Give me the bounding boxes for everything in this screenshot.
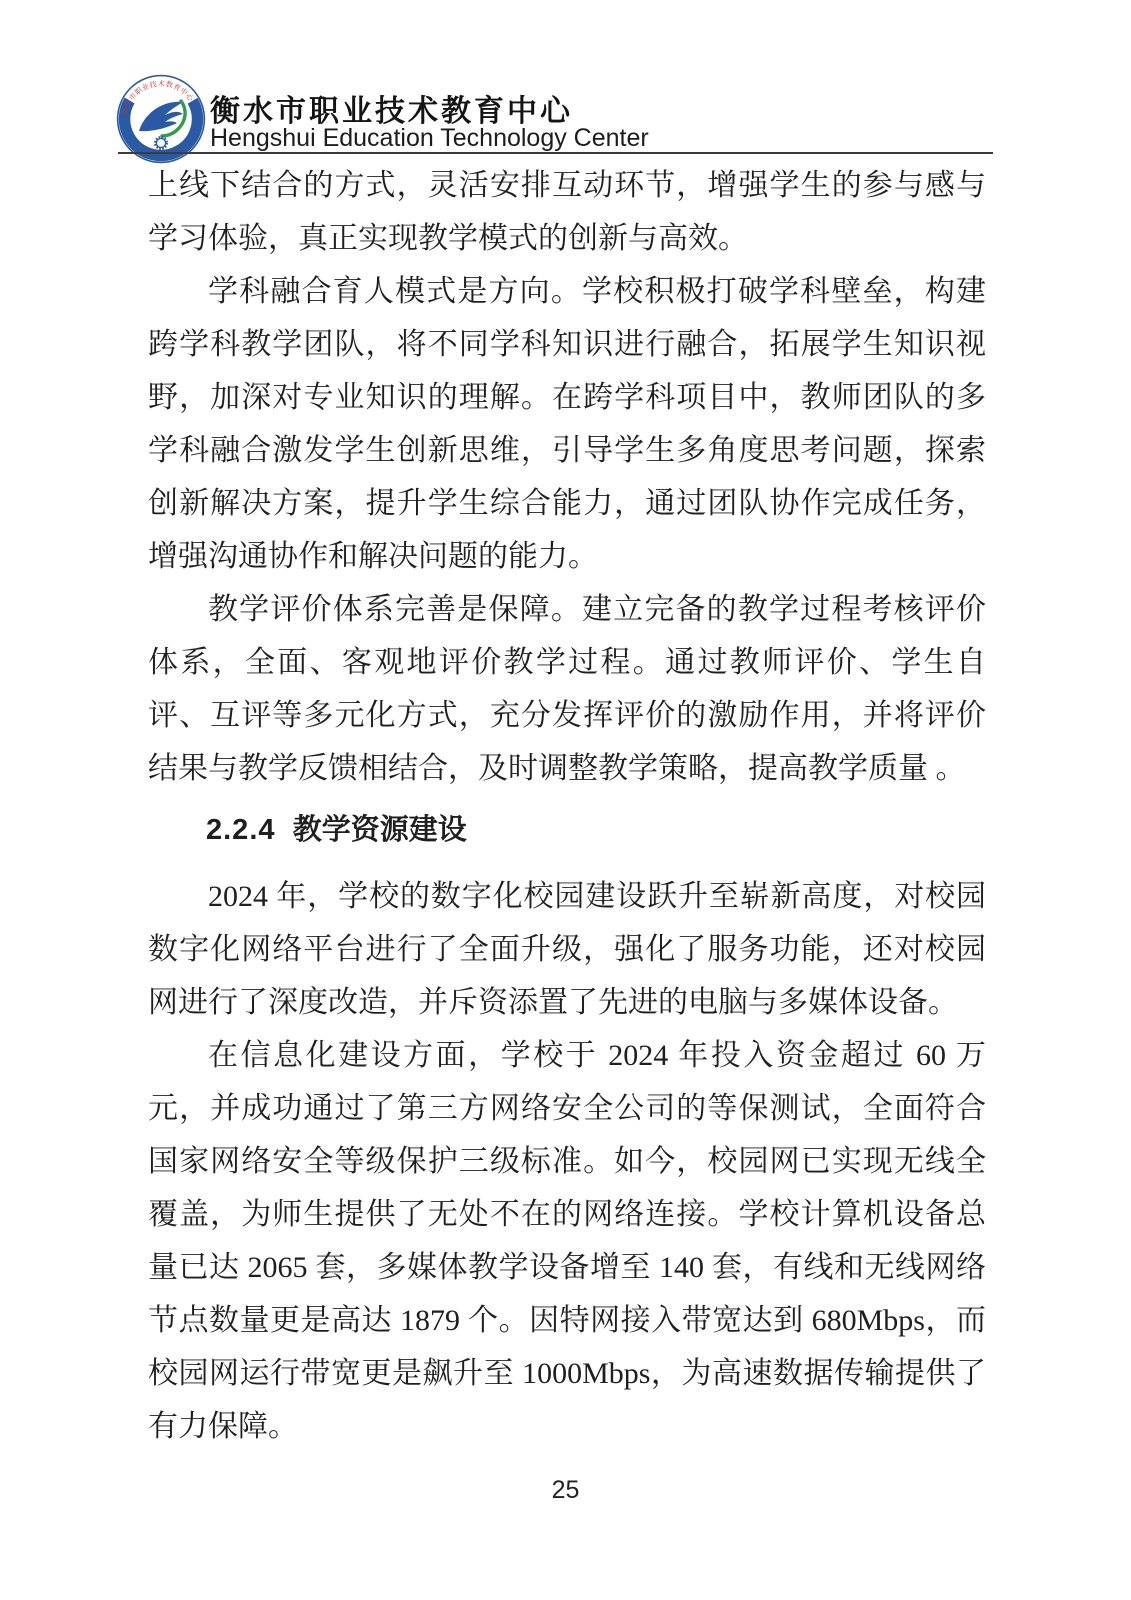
- section-title: 教学资源建设: [293, 814, 467, 846]
- section-number: 2.2.4: [206, 814, 276, 846]
- paragraph: 上线下结合的方式，灵活安排互动环节，增强学生的参与感与学习体验，真正实现教学模式…: [148, 159, 986, 265]
- document-page: 衡水市职业技术教育中心 衡水市职业技术教育中心 Hengshui Educati…: [0, 0, 1131, 1600]
- page-header: 衡水市职业技术教育中心 衡水市职业技术教育中心 Hengshui Educati…: [0, 0, 1131, 160]
- org-name-english: Hengshui Education Technology Center: [210, 124, 649, 153]
- paragraph: 教学评价体系完善是保障。建立完备的教学过程考核评价体系，全面、客观地评价教学过程…: [148, 583, 986, 795]
- header-divider: [118, 152, 993, 154]
- paragraph: 学科融合育人模式是方向。学校积极打破学科壁垒，构建跨学科教学团队，将不同学科知识…: [148, 265, 986, 583]
- document-body: 上线下结合的方式，灵活安排互动环节，增强学生的参与感与学习体验，真正实现教学模式…: [148, 159, 986, 1453]
- section-heading: 2.2.4 教学资源建设: [148, 804, 986, 857]
- page-number: 25: [0, 1476, 1131, 1505]
- paragraph: 在信息化建设方面，学校于 2024 年投入资金超过 60 万元，并成功通过了第三…: [148, 1029, 986, 1453]
- paragraph: 2024 年，学校的数字化校园建设跃升至崭新高度，对校园数字化网络平台进行了全面…: [148, 870, 986, 1029]
- school-logo-icon: 衡水市职业技术教育中心: [116, 74, 206, 164]
